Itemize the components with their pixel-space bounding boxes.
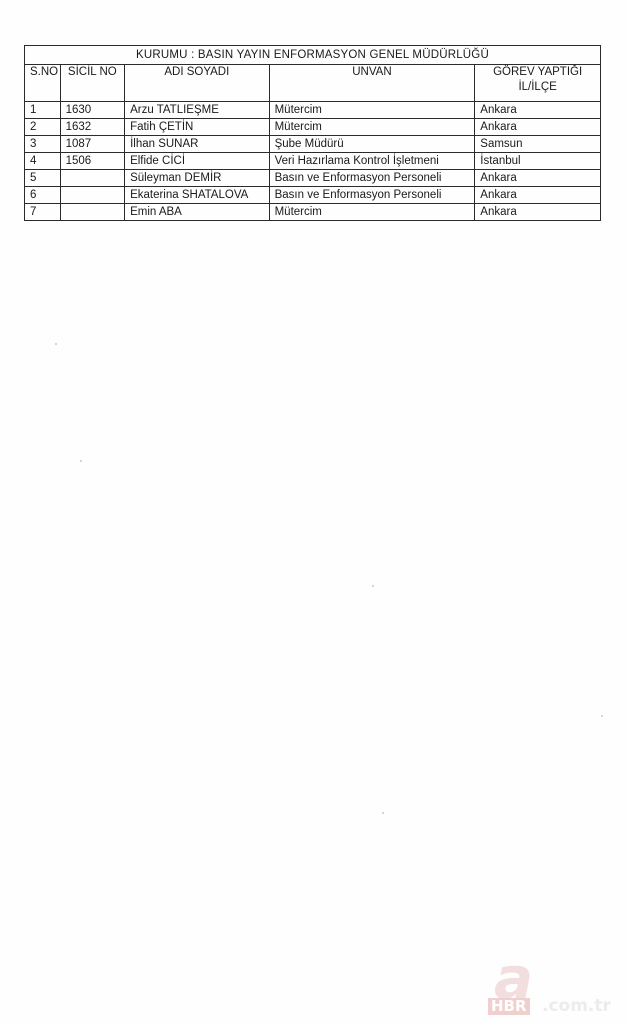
cell-place: Ankara: [475, 102, 601, 119]
header-place: GÖREV YAPTIĞI İL/İLÇE: [475, 65, 601, 102]
cell-sno: 4: [25, 153, 61, 170]
table-row: 7Emin ABAMütercimAnkara: [25, 204, 601, 221]
cell-unvan: Mütercim: [269, 102, 475, 119]
cell-unvan: Basın ve Enformasyon Personeli: [269, 187, 475, 204]
cell-unvan: Mütercim: [269, 119, 475, 136]
cell-sno: 2: [25, 119, 61, 136]
cell-sicil-no: 1506: [60, 153, 124, 170]
table-row: 5Süleyman DEMİRBasın ve Enformasyon Pers…: [25, 170, 601, 187]
cell-sicil-no: [60, 187, 124, 204]
cell-sno: 3: [25, 136, 61, 153]
cell-place: Ankara: [475, 170, 601, 187]
scan-speck: [55, 343, 57, 345]
header-sno: S.NO: [25, 65, 61, 102]
cell-unvan: Şube Müdürü: [269, 136, 475, 153]
scan-speck: [382, 812, 384, 814]
cell-sicil-no: 1087: [60, 136, 124, 153]
cell-sicil-no: 1630: [60, 102, 124, 119]
watermark-brand-badge: HBR: [488, 998, 530, 1015]
cell-name: Elfide CİCİ: [125, 153, 270, 170]
watermark-domain: .com.tr: [542, 997, 611, 1015]
table-row: 31087İlhan SUNARŞube MüdürüSamsun: [25, 136, 601, 153]
institution-title: KURUMU : BASIN YAYIN ENFORMASYON GENEL M…: [25, 46, 601, 65]
cell-sno: 7: [25, 204, 61, 221]
table-row: 11630Arzu TATLIEŞMEMütercimAnkara: [25, 102, 601, 119]
cell-name: Süleyman DEMİR: [125, 170, 270, 187]
table-header-row: S.NO SİCİL NO ADI SOYADI UNVAN GÖREV YAP…: [25, 65, 601, 102]
table-row: 41506Elfide CİCİVeri Hazırlama Kontrol İ…: [25, 153, 601, 170]
cell-sicil-no: [60, 170, 124, 187]
cell-place: Samsun: [475, 136, 601, 153]
cell-sicil-no: [60, 204, 124, 221]
scan-speck: [80, 460, 82, 462]
cell-name: Arzu TATLIEŞME: [125, 102, 270, 119]
table-row: 6Ekaterina SHATALOVABasın ve Enformasyon…: [25, 187, 601, 204]
cell-unvan: Veri Hazırlama Kontrol İşletmeni: [269, 153, 475, 170]
cell-name: Ekaterina SHATALOVA: [125, 187, 270, 204]
scan-speck: [372, 585, 374, 587]
scan-speck: [601, 715, 603, 717]
header-unvan: UNVAN: [269, 65, 475, 102]
cell-name: Emin ABA: [125, 204, 270, 221]
header-place-line1: GÖREV YAPTIĞI: [480, 65, 595, 80]
table-title-row: KURUMU : BASIN YAYIN ENFORMASYON GENEL M…: [25, 46, 601, 65]
ahaber-watermark: a HBR .com.tr: [484, 950, 624, 1020]
cell-sno: 1: [25, 102, 61, 119]
cell-place: İstanbul: [475, 153, 601, 170]
cell-name: Fatih ÇETİN: [125, 119, 270, 136]
cell-place: Ankara: [475, 187, 601, 204]
cell-sno: 5: [25, 170, 61, 187]
staff-list-table: KURUMU : BASIN YAYIN ENFORMASYON GENEL M…: [24, 45, 601, 221]
header-sicil-no: SİCİL NO: [60, 65, 124, 102]
header-place-line2: İL/İLÇE: [480, 80, 595, 95]
cell-sicil-no: 1632: [60, 119, 124, 136]
cell-name: İlhan SUNAR: [125, 136, 270, 153]
table-row: 21632Fatih ÇETİNMütercimAnkara: [25, 119, 601, 136]
cell-unvan: Basın ve Enformasyon Personeli: [269, 170, 475, 187]
header-name: ADI SOYADI: [125, 65, 270, 102]
cell-sno: 6: [25, 187, 61, 204]
cell-unvan: Mütercim: [269, 204, 475, 221]
cell-place: Ankara: [475, 204, 601, 221]
scanned-document-page: KURUMU : BASIN YAYIN ENFORMASYON GENEL M…: [0, 0, 626, 1024]
cell-place: Ankara: [475, 119, 601, 136]
